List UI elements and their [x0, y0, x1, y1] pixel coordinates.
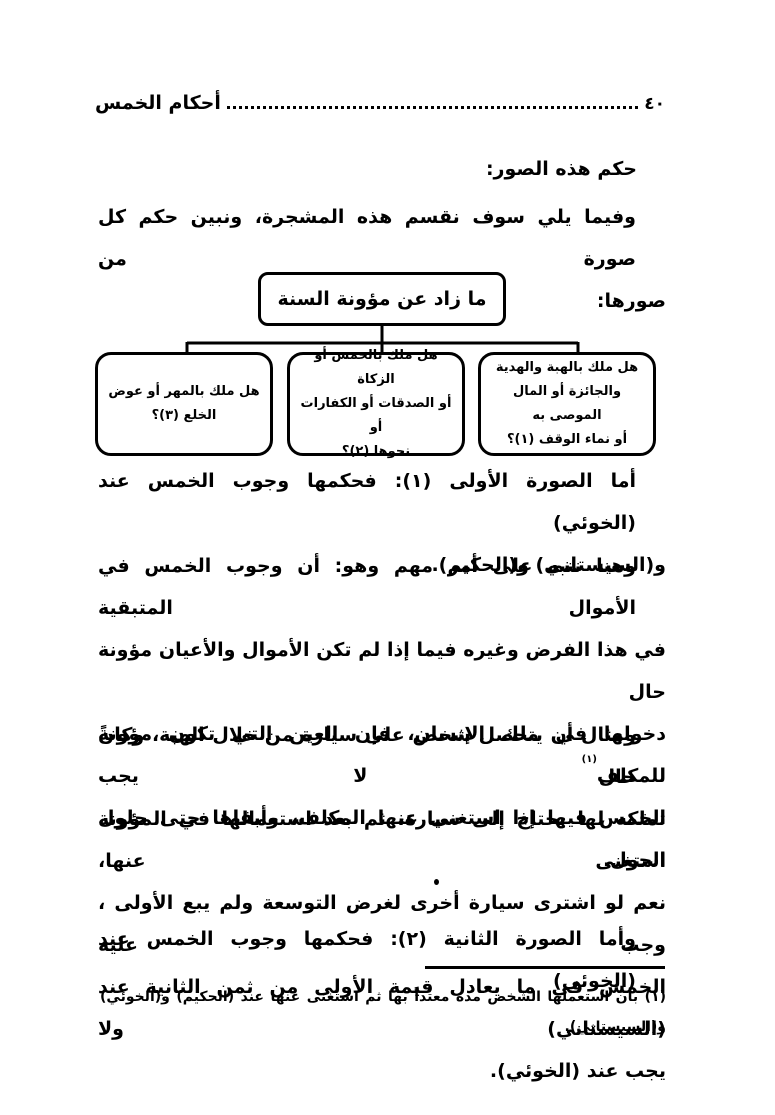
book-title: أحكام الخمس — [95, 92, 221, 114]
node-line: الخلع (٣)؟ — [108, 404, 259, 428]
page-number: ٤٠ — [644, 94, 665, 114]
text-line: وهنا ننبه على أمر مهم وهو: أن وجوب الخمس… — [98, 545, 666, 629]
footnote-line: (١) بأن استعملها الشخص مدة معتداً بها ثم… — [100, 982, 666, 1012]
text-line: في هذا الفرض وغيره فيما إذا لم تكن الأمو… — [98, 629, 666, 713]
node-line: أو الصدقات أو الكفارات أو — [300, 392, 452, 440]
text-line: صورها: — [98, 280, 666, 322]
text-line: تملكه لها يحتاج إلى سيارة، ثم بعد استعما… — [98, 798, 666, 882]
node-line: والجائزة أو المال الموصى به — [491, 380, 643, 428]
footnote-separator — [425, 966, 665, 969]
text-line: وفيما يلي سوف نقسم هذه المشجرة، ونبين حك… — [98, 196, 666, 280]
diagram-node-khums-zakat: هل ملك بالخمس أو الزكاة أو الصدقات أو ال… — [287, 352, 465, 456]
text-line: يجب عند (الخوئي). — [98, 1050, 666, 1092]
scan-artifact-dot — [434, 879, 439, 885]
diagram-node-dowry: هل ملك بالمهر أو عوض الخلع (٣)؟ — [95, 352, 273, 456]
book-page: ٤٠ أحكام الخمس حكم هذه الصور: وفيما يلي … — [0, 0, 775, 1115]
intro-paragraph: وفيما يلي سوف نقسم هذه المشجرة، ونبين حك… — [98, 196, 666, 322]
section-heading: حكم هذه الصور: — [486, 158, 637, 180]
node-line: هل ملك بالخمس أو الزكاة — [300, 344, 452, 392]
diagram-node-gift: هل ملك بالهبة والهدية والجائزة أو المال … — [478, 352, 656, 456]
node-line: هل ملك بالهبة والهدية — [491, 356, 643, 380]
text-line: ومثال أن يتحصل شخص على سيارة من خلال اله… — [98, 714, 666, 798]
text-line: أما الصورة الأولى (١): فحكمها وجوب الخمس… — [98, 460, 666, 544]
node-line: هل ملك بالمهر أو عوض — [108, 380, 259, 404]
node-line: أو نماء الوقف (١)؟ — [491, 428, 643, 452]
running-header: ٤٠ أحكام الخمس — [95, 92, 665, 118]
dotted-leader — [227, 94, 638, 109]
footnote-line: و(السيستاني). — [100, 1012, 666, 1042]
footnote-1: (١) بأن استعملها الشخص مدة معتداً بها ثم… — [100, 982, 666, 1042]
